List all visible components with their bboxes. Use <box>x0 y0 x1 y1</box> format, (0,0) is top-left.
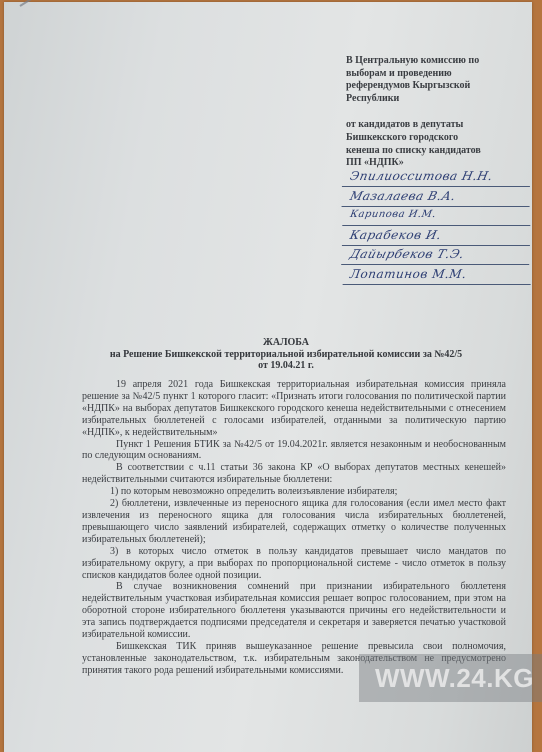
body-paragraph: В соответствии с ч.11 статьи 36 закона К… <box>82 462 506 486</box>
title-subtitle: на Решение Бишкекской территориальной из… <box>76 349 496 361</box>
spacer <box>346 105 526 119</box>
document-title: ЖАЛОБА на Решение Бишкекской территориал… <box>76 337 496 372</box>
signature-line: Дайырбеков Т.Э. <box>341 245 535 265</box>
signature-line: Карипова И.М. <box>342 206 533 226</box>
body-list-item: 3) в которых число отметок в пользу канд… <box>82 546 506 582</box>
document-page: В Центральную комиссию по выборам и пров… <box>4 2 532 752</box>
signature-line: Карабеков И. <box>342 226 534 246</box>
signature-line: Лопатинов М.М. <box>343 265 534 285</box>
addressee-from-line: от кандидатов в депутаты <box>346 119 526 132</box>
pen-mark <box>19 0 39 7</box>
addressee-to-line: референдумов Кыргызской <box>346 80 526 93</box>
addressee-to-line: В Центральную комиссию по <box>346 55 526 68</box>
title-date: от 19.04.21 г. <box>76 360 496 372</box>
addressee-to-line: выборам и проведению <box>346 68 526 81</box>
signature-list: Эпилиосситова Н.Н. Мазалаева В.А. Карипо… <box>344 167 532 284</box>
title-heading: ЖАЛОБА <box>76 337 496 349</box>
body-paragraph: 19 апреля 2021 года Бишкекская территори… <box>82 379 506 439</box>
body-paragraph: Пункт 1 Решения БТИК за №42/5 от 19.04.2… <box>82 439 506 463</box>
addressee-to-line: Республики <box>346 93 526 106</box>
addressee-from-line: Бишкекского городского <box>346 132 526 145</box>
watermark: WWW.24.KG <box>359 654 542 702</box>
body-paragraph: В случае возникновения сомнений при приз… <box>82 581 506 641</box>
addressee-block: В Центральную комиссию по выборам и пров… <box>346 55 526 170</box>
body-list-item: 2) бюллетени, извлеченные из переносного… <box>82 498 506 546</box>
addressee-from-line: кенеша по списку кандидатов <box>346 145 526 158</box>
document-body: 19 апреля 2021 года Бишкекская территори… <box>82 379 506 677</box>
signature-line: Эпилиосситова Н.Н. <box>342 167 534 187</box>
signature-line: Мазалаева В.А. <box>342 187 535 207</box>
watermark-text: WWW.24.KG <box>375 663 534 694</box>
body-list-item: 1) по которым невозможно определить воле… <box>82 486 506 498</box>
